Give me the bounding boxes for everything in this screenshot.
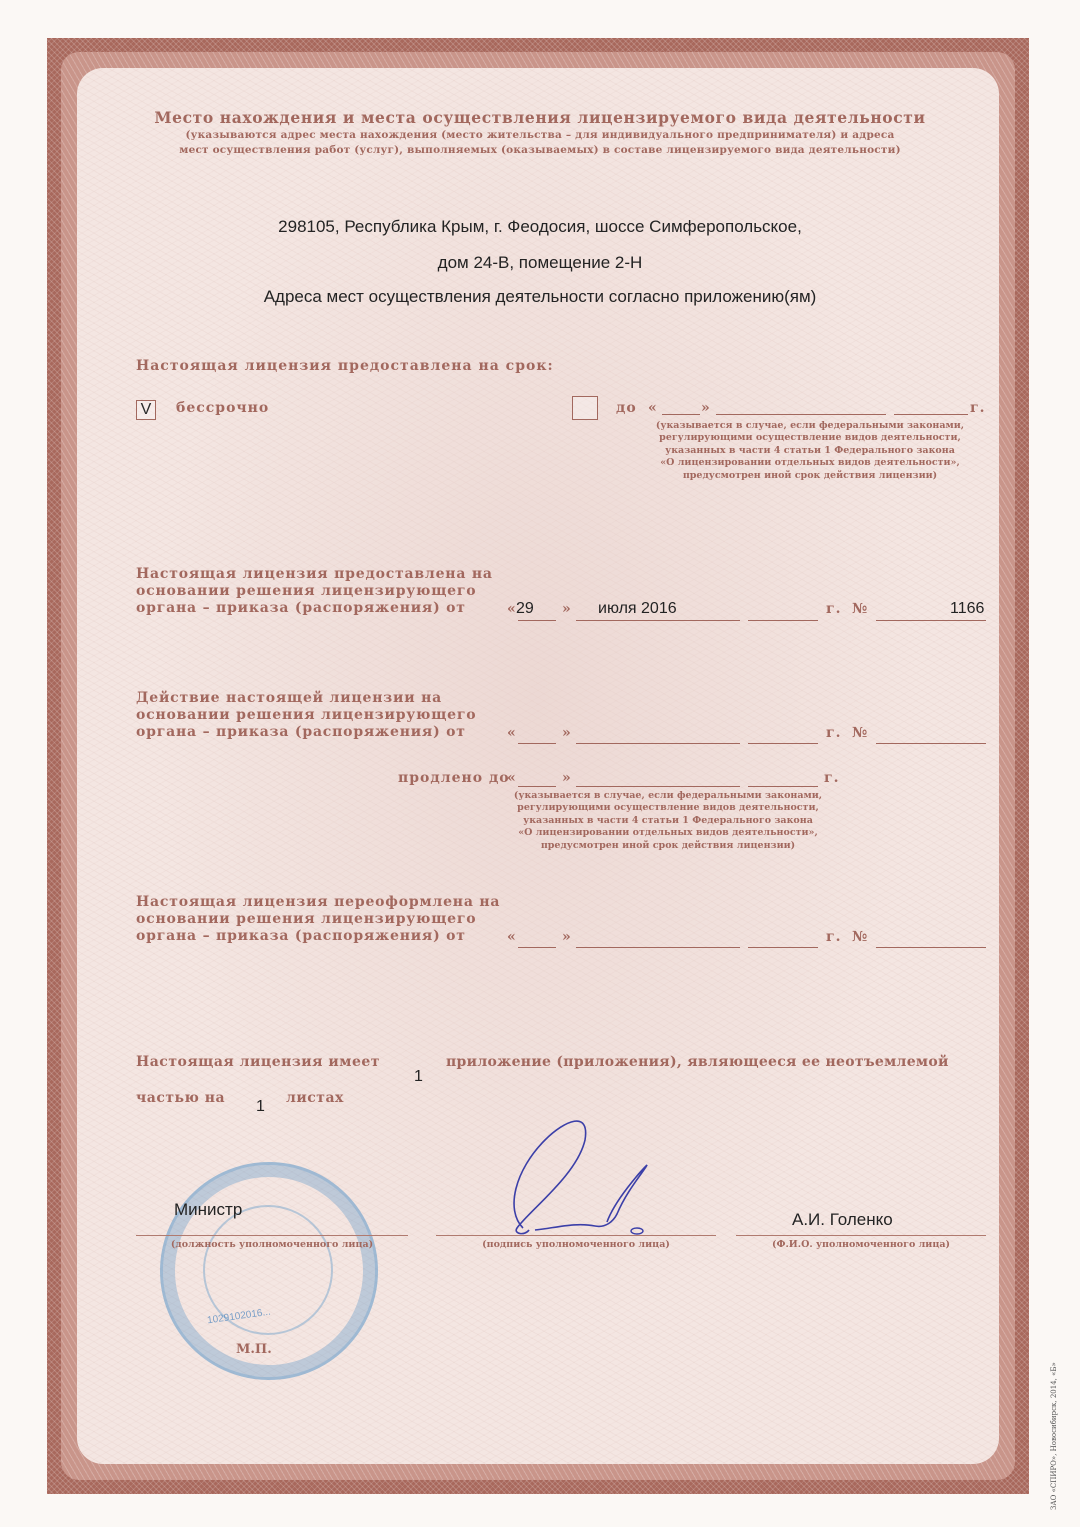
signature-caption: (подпись уполномоченного лица) xyxy=(436,1239,716,1250)
granted-month-field[interactable] xyxy=(576,620,740,621)
granted-number: 1166 xyxy=(950,600,984,618)
position-line xyxy=(136,1235,408,1236)
term-note: (указывается в случае, если федеральными… xyxy=(640,420,980,482)
address-line2: дом 24-В, помещение 2-Н xyxy=(0,253,1080,273)
position-caption: (должность уполномоченного лица) xyxy=(136,1239,408,1250)
section-note-line1: (указываются адрес места нахождения (мес… xyxy=(0,129,1080,141)
reissued-label-line: основании решения лицензирующего xyxy=(136,911,504,928)
term-note-line: предусмотрен иной срок действия лицензии… xyxy=(640,470,980,482)
reissued-month-field[interactable] xyxy=(576,947,740,948)
extension-label: Действие настоящей лицензии на основании… xyxy=(136,690,504,741)
granted-month-year: июля 2016 xyxy=(598,600,677,618)
section-note-line2: мест осуществления работ (услуг), выполн… xyxy=(0,144,1080,156)
extended-open-quote: « xyxy=(507,770,517,786)
until-prefix: до xyxy=(616,400,637,416)
extension-label-line: основании решения лицензирующего xyxy=(136,707,504,724)
until-year-suffix: г. xyxy=(970,400,985,416)
reissued-day-field[interactable] xyxy=(518,947,556,948)
extension-month-field[interactable] xyxy=(576,743,740,744)
section-title: Место нахождения и места осуществления л… xyxy=(0,108,1080,127)
extended-year-suffix: г. xyxy=(824,770,839,786)
extension-label-line: Действие настоящей лицензии на xyxy=(136,690,504,707)
extension-note-line: регулирующими осуществление видов деятел… xyxy=(498,802,838,814)
sheets-count: 1 xyxy=(256,1098,265,1116)
reissued-close-quote: » xyxy=(562,929,572,945)
extended-day-field[interactable] xyxy=(518,786,556,787)
signature-line[interactable] xyxy=(436,1235,716,1236)
extension-note-line: предусмотрен иной срок действия лицензии… xyxy=(498,840,838,852)
extension-note-line: (указывается в случае, если федеральными… xyxy=(498,790,838,802)
name-line xyxy=(736,1235,986,1236)
appendix-prefix: Настоящая лицензия имеет xyxy=(136,1054,380,1070)
term-note-line: регулирующими осуществление видов деятел… xyxy=(640,432,980,444)
reissued-label-line: органа – приказа (распоряжения) от xyxy=(136,928,504,945)
signature-icon xyxy=(495,1110,655,1240)
term-note-line: (указывается в случае, если федеральными… xyxy=(640,420,980,432)
term-label: Настоящая лицензия предоставлена на срок… xyxy=(136,358,554,374)
check-mark-icon: V xyxy=(141,401,152,419)
extension-day-field[interactable] xyxy=(518,743,556,744)
reissued-open-quote: « xyxy=(507,929,517,945)
granted-label-line: органа – приказа (распоряжения) от xyxy=(136,600,504,617)
printer-imprint: ЗАО «СПИРО», Новосибирск, 2014, «Б» xyxy=(1050,1362,1058,1510)
granted-close-quote: » xyxy=(562,601,572,617)
granted-label: Настоящая лицензия предоставлена на осно… xyxy=(136,566,504,617)
extension-note-line: указанных в части 4 статьи 1 Федеральног… xyxy=(498,815,838,827)
appendix-count: 1 xyxy=(414,1068,423,1086)
extended-month-field[interactable] xyxy=(576,786,740,787)
granted-label-line: основании решения лицензирующего xyxy=(136,583,504,600)
until-checkbox[interactable] xyxy=(572,396,598,420)
reissued-year-field[interactable] xyxy=(748,947,818,948)
until-day-field[interactable] xyxy=(662,414,700,415)
granted-year-suffix: г. xyxy=(826,601,841,617)
granted-label-line: Настоящая лицензия предоставлена на xyxy=(136,566,504,583)
reissued-year-suffix: г. xyxy=(826,929,841,945)
until-close-quote: » xyxy=(701,400,711,416)
until-year-field[interactable] xyxy=(894,414,968,415)
extended-close-quote: » xyxy=(562,770,572,786)
granted-day-field[interactable] xyxy=(518,620,556,621)
extension-open-quote: « xyxy=(507,725,517,741)
term-note-line: «О лицензировании отдельных видов деятел… xyxy=(640,457,980,469)
reissued-number-field[interactable] xyxy=(876,947,986,948)
term-note-line: указанных в части 4 статьи 1 Федеральног… xyxy=(640,445,980,457)
appendix-suffix: приложение (приложения), являющееся ее н… xyxy=(446,1054,949,1070)
extension-number-field[interactable] xyxy=(876,743,986,744)
reissued-label-line: Настоящая лицензия переоформлена на xyxy=(136,894,504,911)
address-line3: Адреса мест осуществления деятельности с… xyxy=(0,287,1080,307)
until-open-quote: « xyxy=(648,400,658,416)
unlimited-label: бессрочно xyxy=(176,400,269,416)
until-month-field[interactable] xyxy=(716,414,886,415)
sheets-suffix: листах xyxy=(286,1090,344,1106)
extension-note-line: «О лицензировании отдельных видов деятел… xyxy=(498,827,838,839)
granted-year-field[interactable] xyxy=(748,620,818,621)
reissued-number-sign: № xyxy=(852,929,868,945)
extension-year-suffix: г. xyxy=(826,725,841,741)
extension-close-quote: » xyxy=(562,725,572,741)
extension-label-line: органа – приказа (распоряжения) от xyxy=(136,724,504,741)
name-caption: (Ф.И.О. уполномоченного лица) xyxy=(736,1239,986,1250)
unlimited-checkbox[interactable]: V xyxy=(136,400,156,420)
signatory-name: А.И. Голенко xyxy=(792,1210,893,1230)
reissued-label: Настоящая лицензия переоформлена на осно… xyxy=(136,894,504,945)
granted-number-sign: № xyxy=(852,601,868,617)
extension-number-sign: № xyxy=(852,725,868,741)
granted-number-field[interactable] xyxy=(876,620,986,621)
sheets-prefix: частью на xyxy=(136,1090,225,1106)
extension-note: (указывается в случае, если федеральными… xyxy=(498,790,838,852)
extended-until-label: продлено до xyxy=(398,770,510,786)
signatory-position: Министр xyxy=(174,1200,242,1220)
granted-day: 29 xyxy=(516,600,534,618)
extension-year-field[interactable] xyxy=(748,743,818,744)
seal-label: М.П. xyxy=(236,1342,272,1357)
extended-year-field[interactable] xyxy=(748,786,818,787)
address-line1: 298105, Республика Крым, г. Феодосия, шо… xyxy=(0,217,1080,237)
